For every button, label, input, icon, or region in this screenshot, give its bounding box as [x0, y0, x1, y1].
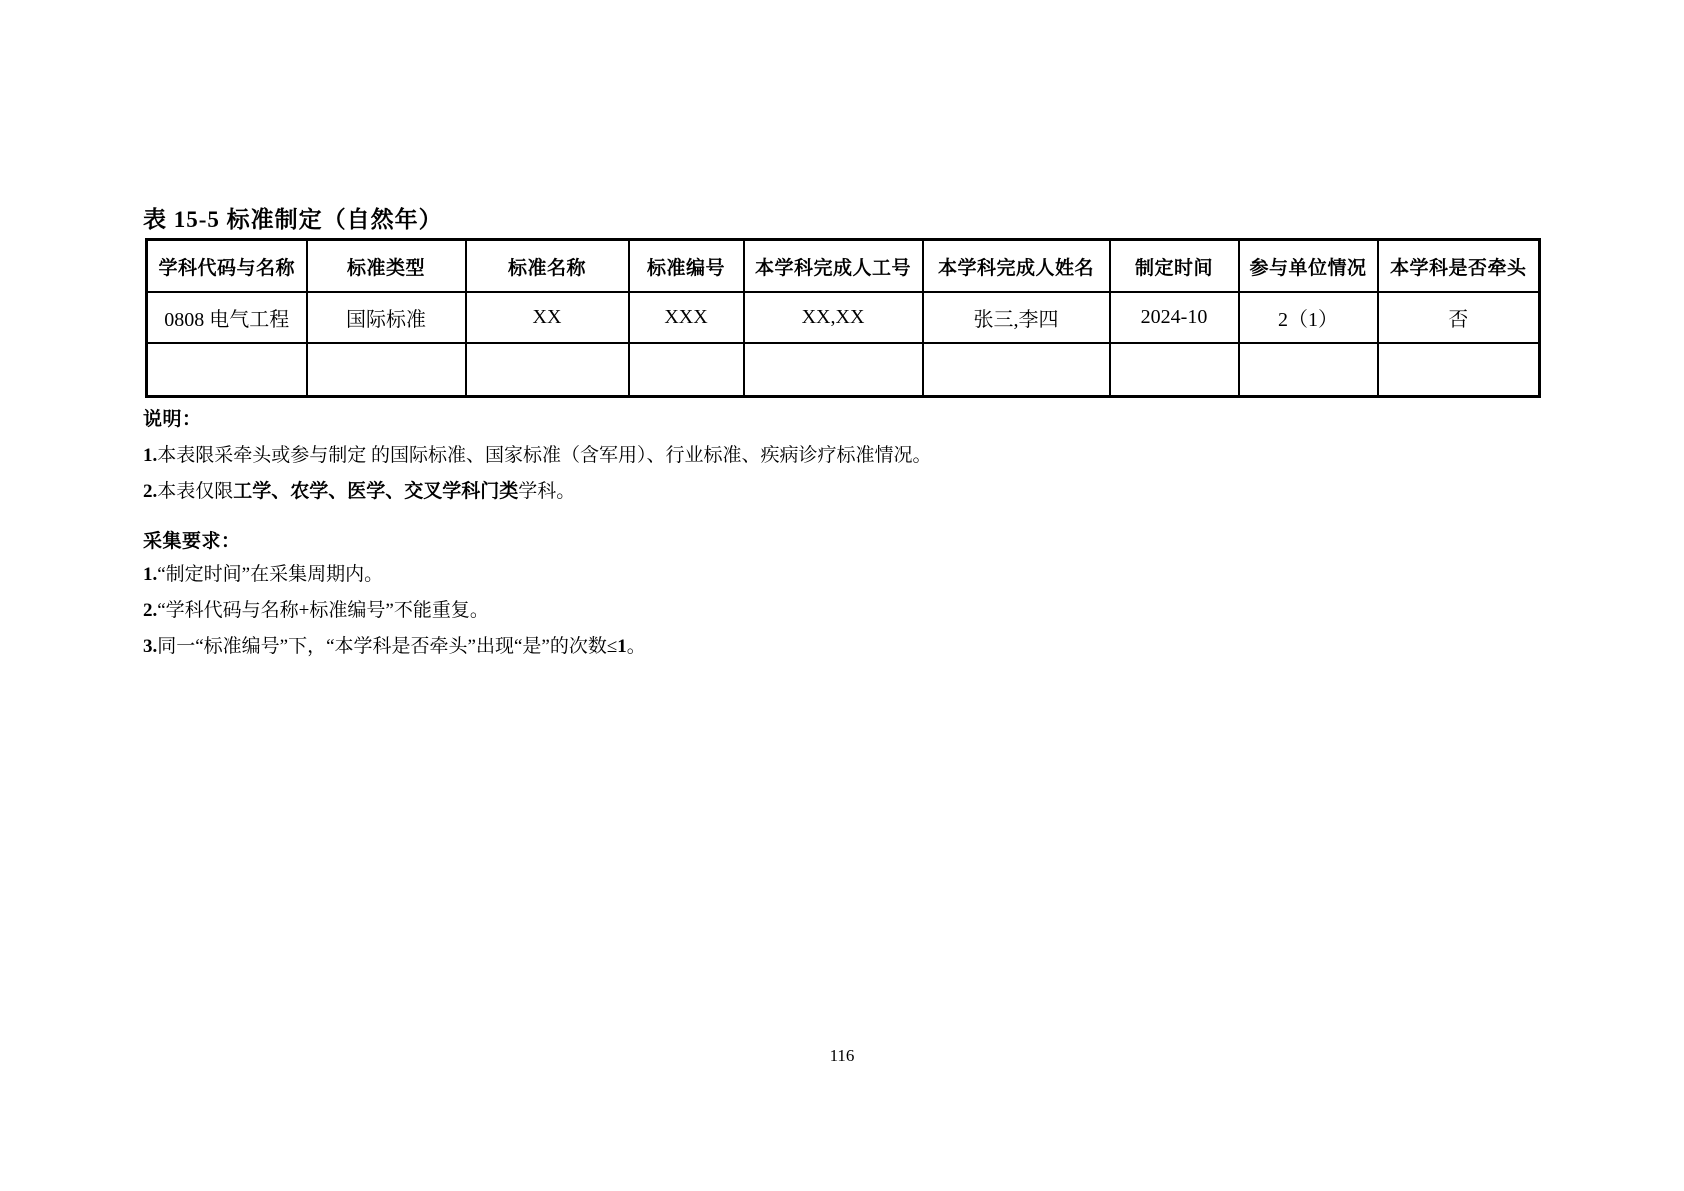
- table-row: 0808 电气工程 国际标准 XX XXX XX,XX 张三,李四 2024-1…: [147, 292, 1540, 343]
- requirement-item-number: 3.: [143, 636, 157, 657]
- empty-cell: [466, 343, 629, 397]
- empty-cell: [744, 343, 923, 397]
- note-item-text-bold: 工学、农学、医学、交叉学科门类: [233, 481, 518, 502]
- header-is-lead: 本学科是否牵头: [1378, 240, 1540, 293]
- header-participating-units: 参与单位情况: [1239, 240, 1378, 293]
- cell-discipline-code: 0808 电气工程: [147, 292, 307, 343]
- note-item-1: 1.本表限采牵头或参与制定 的国际标准、国家标准（含军用）、行业标准、疾病诊疗标…: [143, 445, 932, 467]
- header-establish-time: 制定时间: [1110, 240, 1239, 293]
- requirement-item-number: 1.: [143, 564, 157, 585]
- requirement-item-text: 。: [627, 636, 646, 657]
- requirement-item-2: 2.“学科代码与名称+标准编号”不能重复。: [143, 600, 489, 622]
- note-item-number: 2.: [143, 481, 157, 502]
- cell-establish-time: 2024-10: [1110, 292, 1239, 343]
- requirement-item-text: “制定时间”在采集周期内。: [157, 564, 383, 585]
- note-item-text: 本表限采牵头或参与制定 的国际标准、国家标准（含军用）、行业标准、疾病诊疗标准情…: [157, 445, 931, 466]
- standards-table: 学科代码与名称 标准类型 标准名称 标准编号 本学科完成人工号 本学科完成人姓名…: [145, 238, 1541, 398]
- table-header-row: 学科代码与名称 标准类型 标准名称 标准编号 本学科完成人工号 本学科完成人姓名…: [147, 240, 1540, 293]
- page-number: 116: [0, 1046, 1684, 1066]
- empty-cell: [307, 343, 466, 397]
- empty-cell: [1378, 343, 1540, 397]
- notes-heading: 说明：: [143, 409, 202, 431]
- note-item-text: 学科。: [518, 481, 575, 502]
- empty-cell: [629, 343, 744, 397]
- header-standard-type: 标准类型: [307, 240, 466, 293]
- requirement-item-number: 2.: [143, 600, 157, 621]
- header-discipline-code: 学科代码与名称: [147, 240, 307, 293]
- note-item-number: 1.: [143, 445, 157, 466]
- requirement-item-text: 同一“标准编号”下，“本学科是否牵头”出现“是”的次数≤: [157, 636, 617, 657]
- cell-standard-name: XX: [466, 292, 629, 343]
- requirement-item-text-bold: 1: [617, 636, 627, 657]
- cell-completer-name: 张三,李四: [923, 292, 1110, 343]
- cell-standard-number: XXX: [629, 292, 744, 343]
- requirement-item-1: 1.“制定时间”在采集周期内。: [143, 564, 383, 586]
- cell-is-lead: 否: [1378, 292, 1540, 343]
- header-completer-id: 本学科完成人工号: [744, 240, 923, 293]
- empty-cell: [147, 343, 307, 397]
- note-item-2: 2.本表仅限工学、农学、医学、交叉学科门类学科。: [143, 481, 575, 503]
- requirement-item-text: “学科代码与名称+标准编号”不能重复。: [157, 600, 489, 621]
- cell-standard-type: 国际标准: [307, 292, 466, 343]
- table-row-empty: [147, 343, 1540, 397]
- header-standard-name: 标准名称: [466, 240, 629, 293]
- note-item-text: 本表仅限: [157, 481, 233, 502]
- cell-completer-id: XX,XX: [744, 292, 923, 343]
- cell-participating-units: 2（1）: [1239, 292, 1378, 343]
- header-completer-name: 本学科完成人姓名: [923, 240, 1110, 293]
- empty-cell: [923, 343, 1110, 397]
- empty-cell: [1239, 343, 1378, 397]
- requirements-heading: 采集要求：: [143, 531, 241, 553]
- table-title: 表 15-5 标准制定（自然年）: [143, 201, 443, 234]
- empty-cell: [1110, 343, 1239, 397]
- header-standard-number: 标准编号: [629, 240, 744, 293]
- requirement-item-3: 3.同一“标准编号”下，“本学科是否牵头”出现“是”的次数≤1。: [143, 636, 646, 658]
- document-page: 表 15-5 标准制定（自然年） 学科代码与名称 标准类型 标准名称 标准编号 …: [0, 0, 1684, 1191]
